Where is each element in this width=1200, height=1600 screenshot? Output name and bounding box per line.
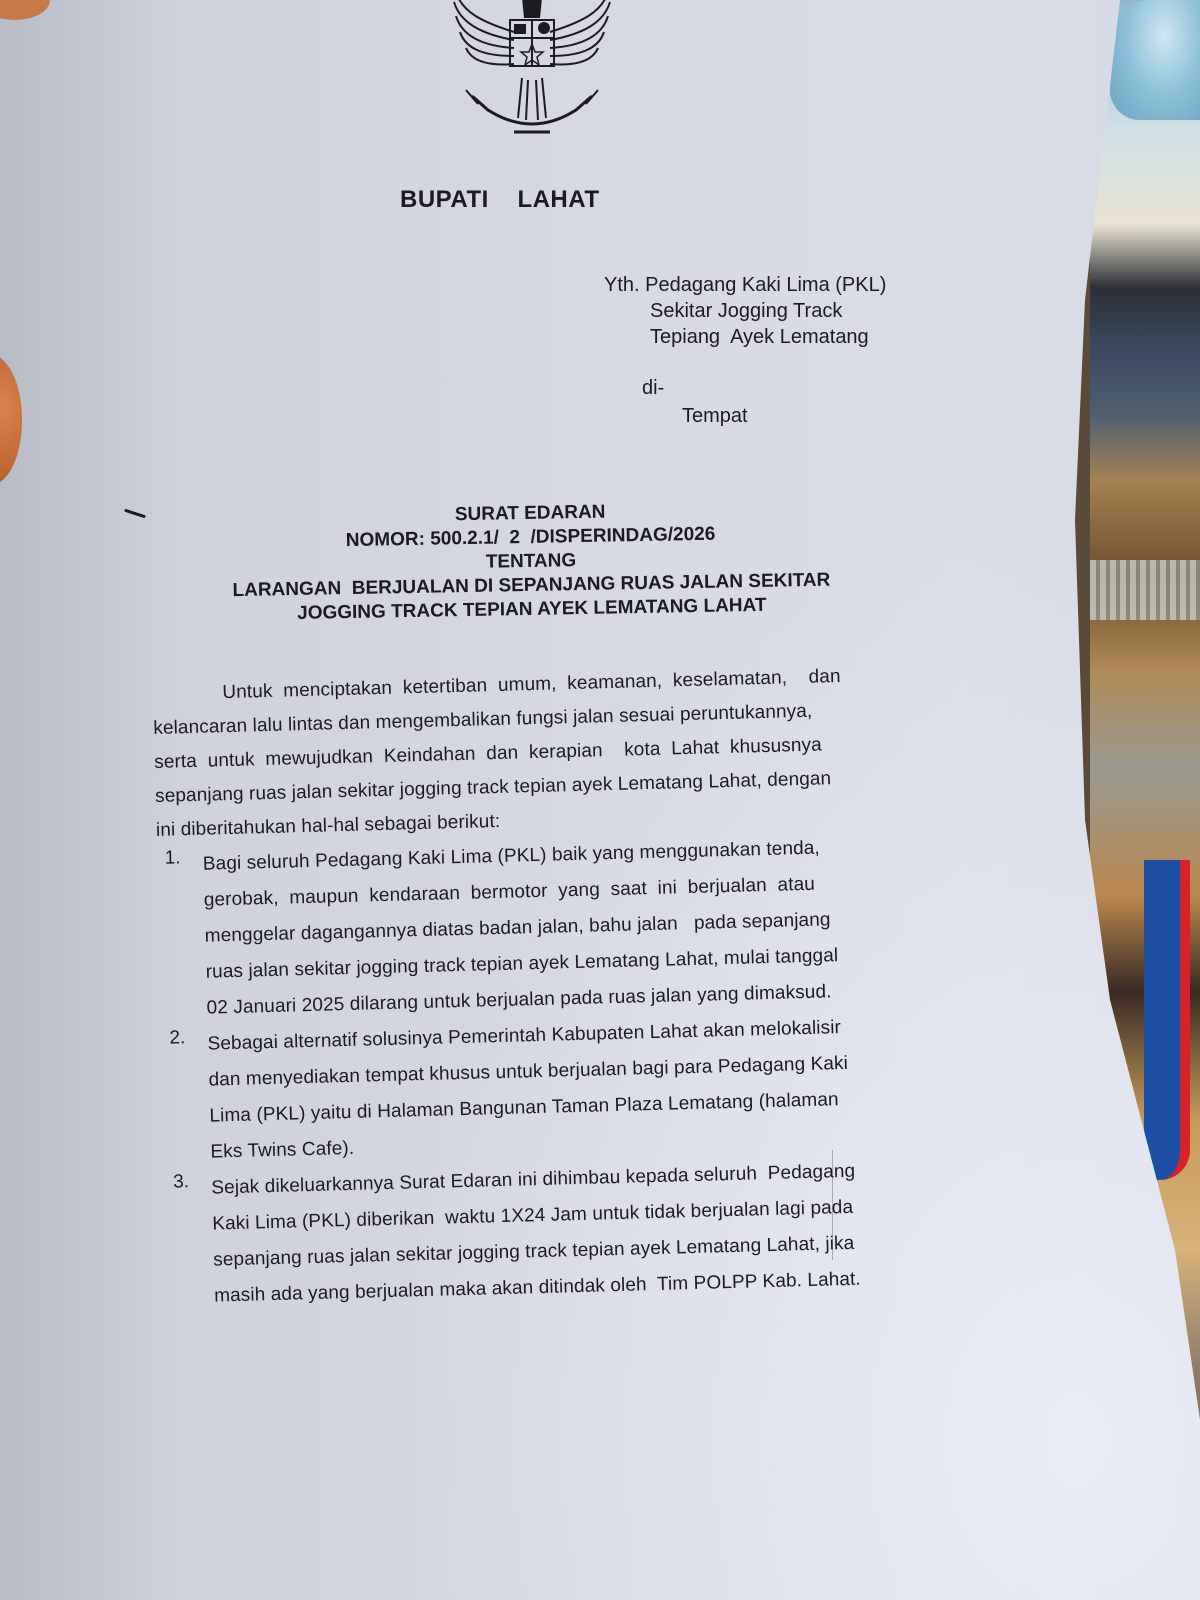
addressee-block: Yth. Pedagang Kaki Lima (PKL) Sekitar Jo… (604, 272, 886, 350)
paper-crease (832, 1150, 833, 1260)
addressee-line-2: Sekitar Jogging Track (604, 298, 886, 324)
list-item-3: 3. Sejak dikeluarkannya Surat Edaran ini… (165, 1150, 998, 1316)
list-item-number: 1. (164, 847, 180, 869)
letter-title-block: SURAT EDARAN NOMOR: 500.2.1/ 2 /DISPERIN… (180, 496, 882, 628)
ink-mark (124, 509, 146, 519)
garuda-emblem-icon (452, 0, 612, 157)
list-item-number: 3. (173, 1171, 189, 1193)
background-food-tray (1090, 560, 1200, 620)
background-blue-container (1144, 860, 1190, 1180)
list-item-number: 2. (169, 1027, 185, 1049)
letter-body: Untuk menciptakan ketertiban umum, keama… (152, 656, 998, 1316)
issuer-title: BUPATI LAHAT (400, 186, 640, 214)
addressee-tempat: Tempat (682, 405, 748, 428)
addressee-line-3: Tepiang Ayek Lematang (604, 324, 886, 350)
background-bottle (1110, 0, 1200, 120)
list-item-2: 2. Sebagai alternatif solusinya Pemerint… (161, 1006, 994, 1172)
list-item-1: 1. Bagi seluruh Pedagang Kaki Lima (PKL)… (156, 826, 990, 1028)
addressee-line-1: Yth. Pedagang Kaki Lima (PKL) (604, 272, 886, 298)
addressee-di: di- (642, 377, 664, 400)
document-paper: BUPATI LAHAT Yth. Pedagang Kaki Lima (PK… (0, 0, 1200, 1600)
